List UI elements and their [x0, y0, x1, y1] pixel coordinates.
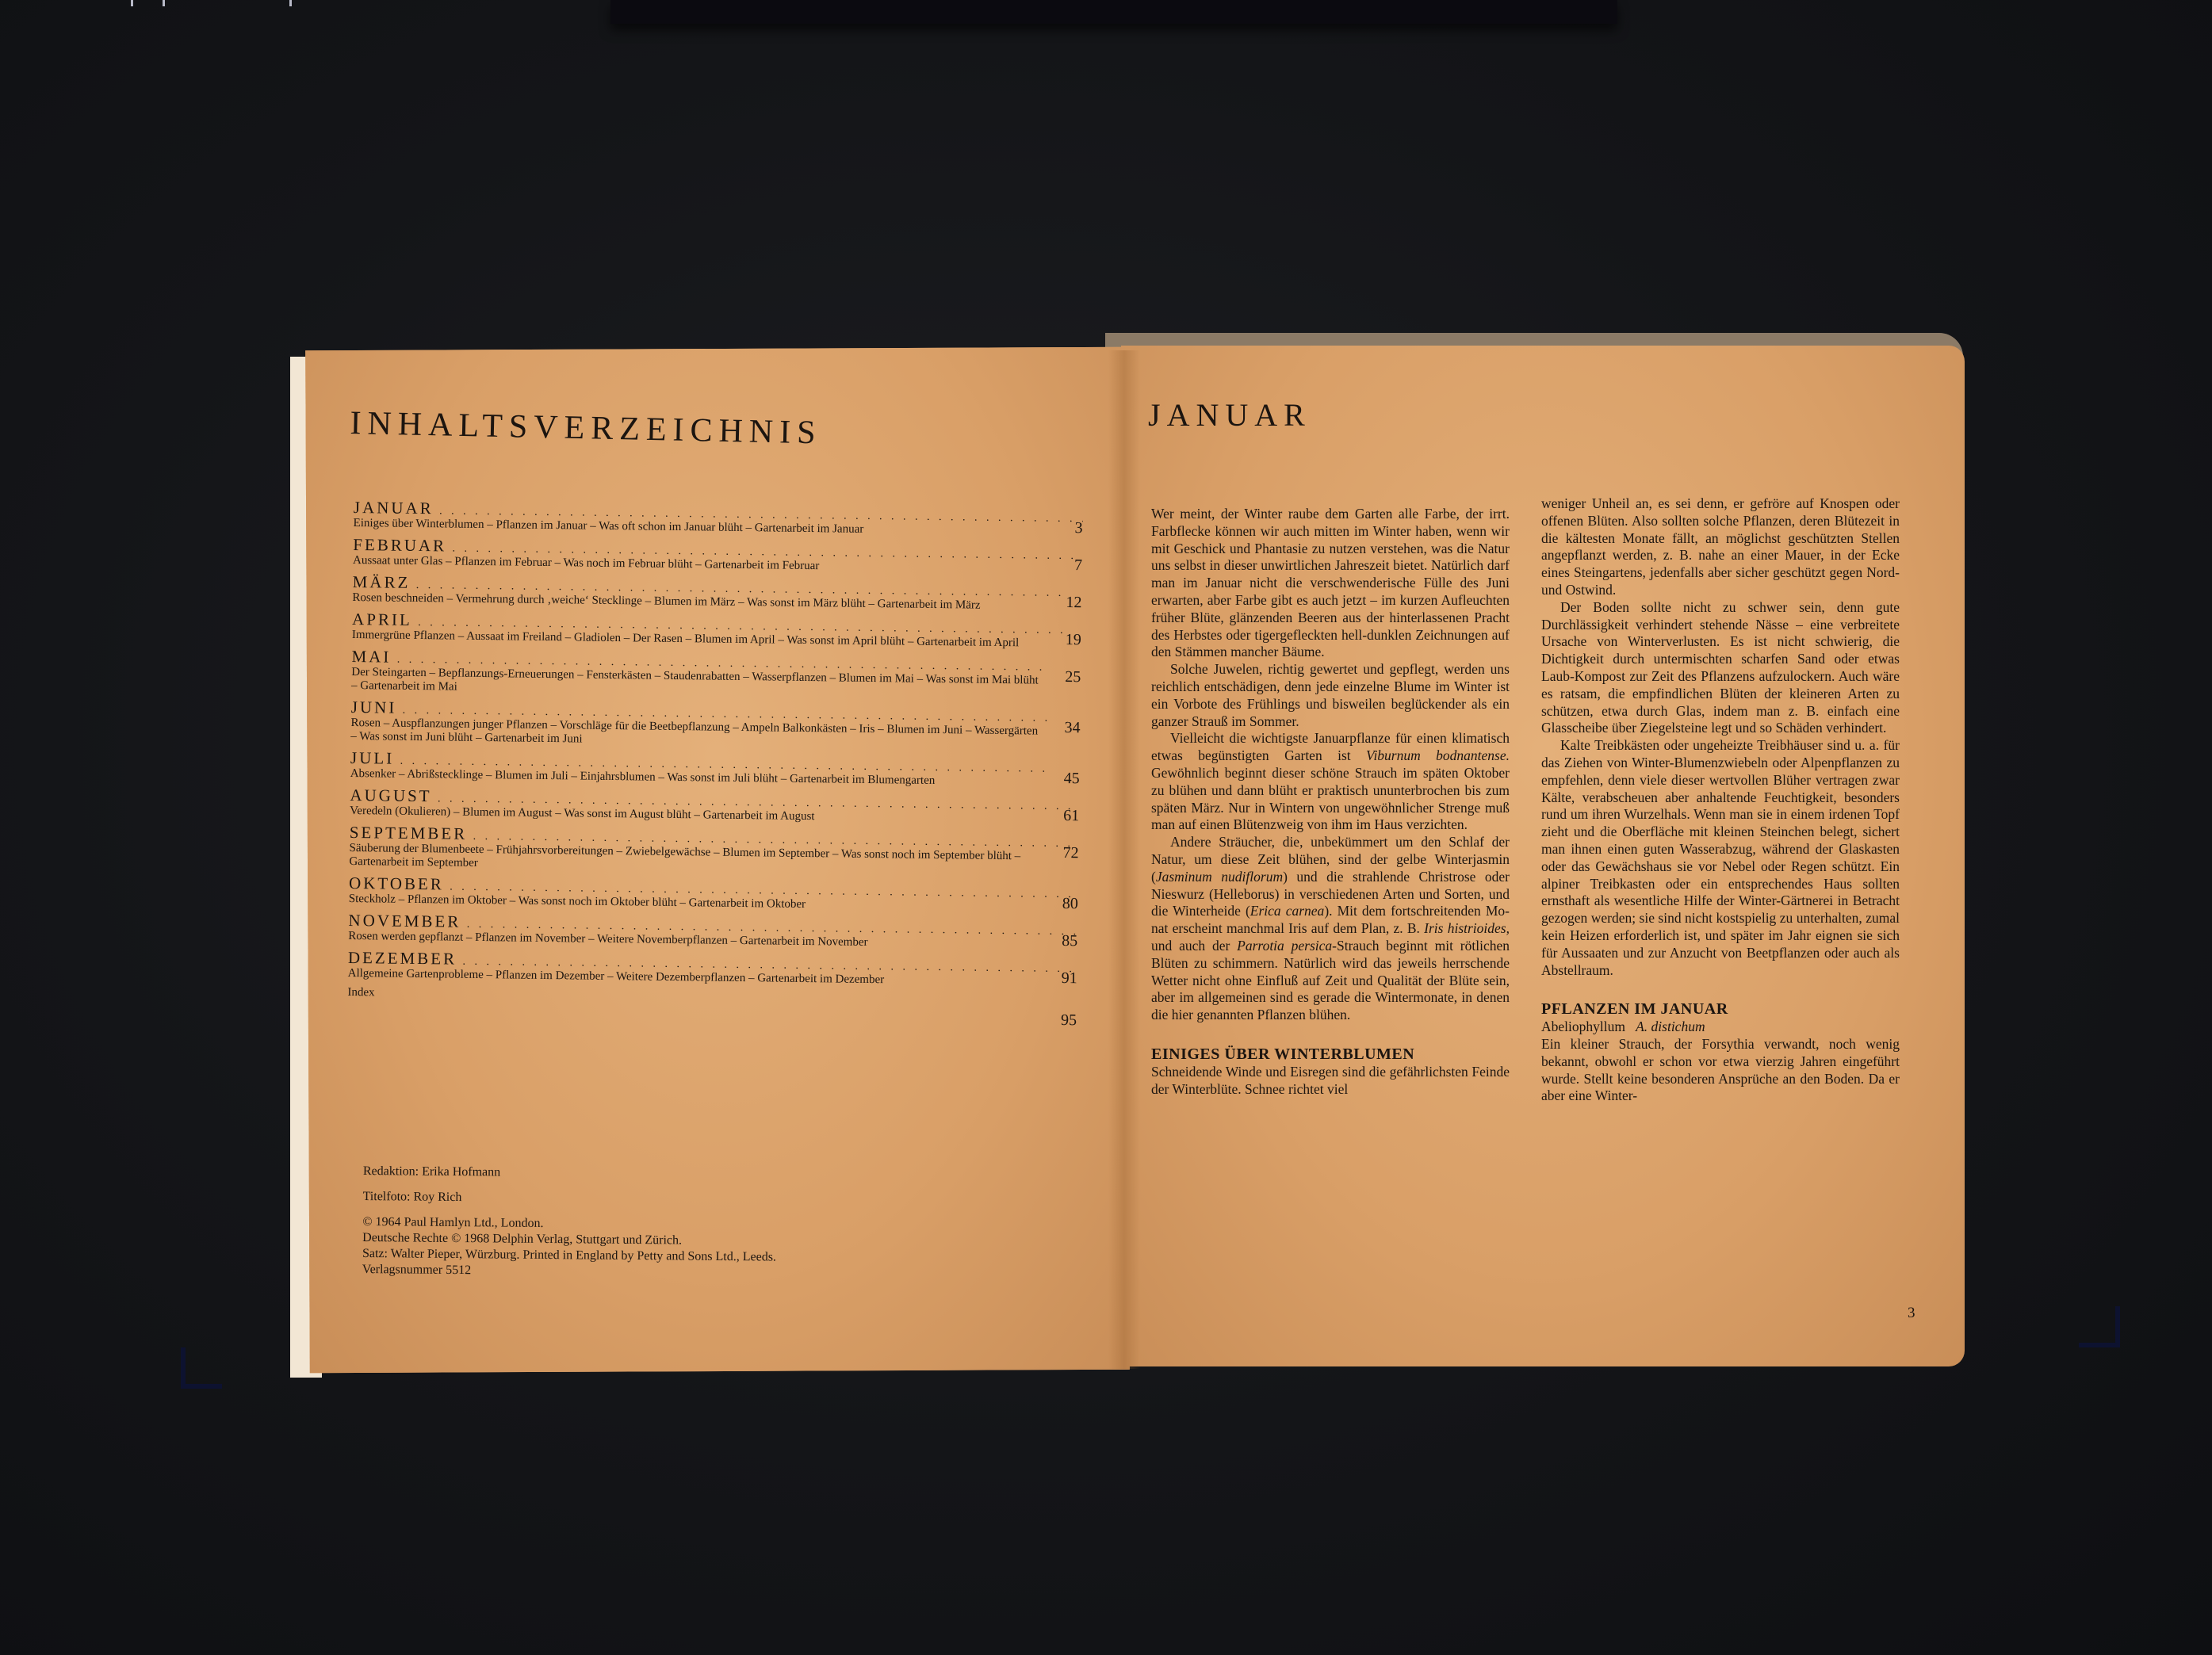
crop-mark-bottom-right-icon [2079, 1306, 2120, 1347]
page-number: 3 [1908, 1305, 1915, 1322]
section-heading: PFLANZEN IM JANUAR [1541, 1001, 1900, 1019]
toc-page-number: 72 [1062, 844, 1078, 862]
toc-entry: JUNIRosen – Auspflanzungen junger Pflanz… [350, 698, 1081, 752]
paragraph: weniger Unheil an, es sei denn, er gefrö… [1541, 495, 1900, 599]
species-name: Iris histrioides, [1424, 920, 1510, 936]
book-gutter [1108, 350, 1140, 1369]
speck [289, 0, 292, 6]
speck [131, 0, 133, 6]
toc-entry: SEPTEMBERSäuberung der Blumenbeete – Frü… [349, 823, 1079, 877]
toc-page-number: 19 [1066, 631, 1081, 649]
species-name: Erica carnea [1250, 903, 1325, 919]
text: Gewöhnlich beginnt dieser schöne Strauch… [1151, 765, 1510, 832]
credit-editor: Redaktion: Erika Hofmann [363, 1164, 777, 1183]
toc-entry: OKTOBERSteckholz – Pflanzen im Oktober –… [349, 873, 1078, 915]
species-name: Jasminum nudiflorum [1156, 869, 1283, 885]
credits: Redaktion: Erika Hofmann Titelfoto: Roy … [362, 1164, 777, 1282]
paragraph: Schneidende Winde und Eisregen sind die … [1151, 1064, 1510, 1099]
species-name: Viburnum bodnantense. [1366, 747, 1510, 763]
toc-entry: MÄRZRosen beschneiden – Vermehrung durch… [352, 572, 1081, 613]
toc-entry: FEBRUARAussaat unter Glas – Pflanzen im … [353, 535, 1082, 576]
toc-index-label: Index [347, 986, 374, 999]
toc-page-number: 61 [1063, 807, 1079, 825]
text-column-left: Wer meint, der Winter raube dem Garten a… [1151, 506, 1510, 1098]
toc-page-number: 91 [1062, 969, 1077, 988]
paragraph: Andere Sträucher, die, unbekümmert um de… [1151, 834, 1510, 1024]
toc-entry: APRILImmergrüne Pflanzen – Aussaat im Fr… [352, 610, 1081, 651]
speck [163, 0, 165, 6]
dark-box-top [610, 0, 1617, 24]
section-heading: EINIGES ÜBER WINTERBLUMEN [1151, 1046, 1510, 1064]
paragraph: Wer meint, der Winter raube dem Garten a… [1151, 506, 1510, 661]
toc-page-number: 45 [1064, 770, 1080, 788]
chapter-title: JANUAR [1148, 396, 1311, 434]
text: und auch der [1151, 938, 1237, 954]
genus: Abeliophyllum [1541, 1019, 1625, 1034]
toc-page-number: 34 [1064, 719, 1080, 737]
toc-page-number: 95 [1061, 1011, 1077, 1030]
toc-page-number: 3 [1074, 519, 1082, 537]
table-of-contents: JANUAREiniges über Winterblumen – Pflanz… [347, 498, 1083, 1034]
paragraph: Ein kleiner Strauch, der Forsythia verwa… [1541, 1036, 1900, 1105]
toc-entry: JULIAbsenker – Abrißstecklinge – Blumen … [350, 748, 1080, 789]
crop-mark-bottom-left-icon [181, 1347, 222, 1389]
toc-entry: NOVEMBERRosen werden gepflanzt – Pflanze… [348, 911, 1077, 952]
toc-entry: MAIDer Steingarten – Bepflanzungs-Erneue… [351, 647, 1081, 701]
toc-page-number: 25 [1065, 668, 1081, 686]
toc-entry: AUGUSTVeredeln (Okulieren) – Blumen im A… [350, 785, 1079, 827]
paragraph: Vielleicht die wichtigste Januarpflanze … [1151, 730, 1510, 834]
toc-page-number: 85 [1062, 932, 1077, 950]
credit-photo: Titelfoto: Roy Rich [363, 1189, 777, 1209]
paragraph: Kalte Treibkästen oder ungeheizte Treibh… [1541, 737, 1900, 979]
species-name: Parrotia persica [1237, 938, 1332, 954]
text-column-right: weniger Unheil an, es sei denn, er gefrö… [1541, 495, 1900, 1105]
paragraph: Der Boden sollte nicht zu schwer sein, d… [1541, 599, 1900, 737]
toc-entry: DEZEMBERAllgemeine Gartenprobleme – Pfla… [348, 948, 1077, 989]
species-name: A. distichum [1636, 1019, 1705, 1034]
paragraph: Solche Juwelen, richtig gewertet und gep… [1151, 661, 1510, 730]
toc-index-entry: Index95 [347, 985, 1077, 1029]
toc-page-number: 80 [1062, 895, 1078, 913]
toc-page-number: 12 [1066, 594, 1081, 612]
species-line: Abeliophyllum A. distichum [1541, 1019, 1900, 1036]
toc-page-number: 7 [1074, 556, 1082, 575]
